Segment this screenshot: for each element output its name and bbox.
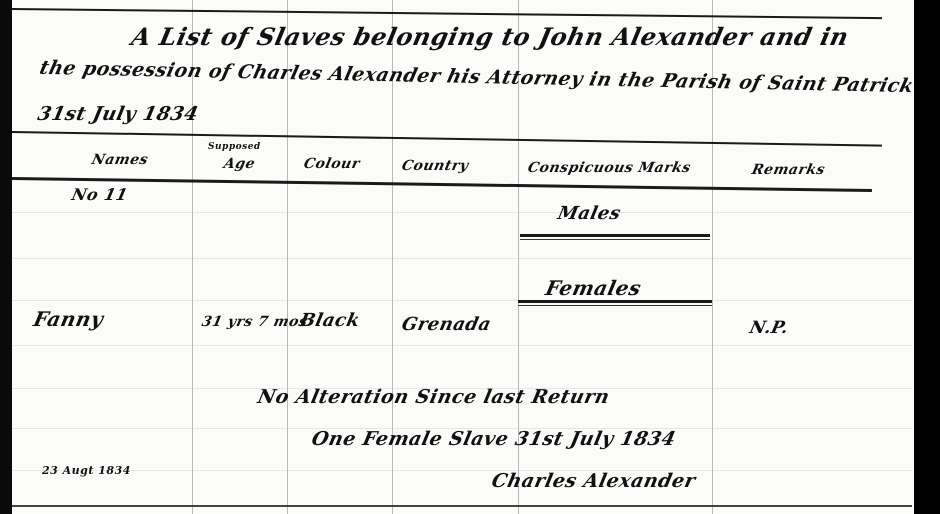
header-conspicuous-marks: Conspicuous Marks	[526, 160, 692, 176]
cell-country: Grenada	[400, 314, 493, 335]
header-age: Age	[222, 156, 256, 172]
header-rule	[12, 177, 872, 192]
title-rule	[12, 131, 882, 147]
note-no-alteration: No Alteration Since last Return	[256, 386, 612, 408]
header-remarks: Remarks	[750, 162, 826, 178]
cell-colour: Black	[298, 310, 362, 331]
note-count: One Female Slave 31st July 1834	[310, 428, 678, 450]
cell-age: 31 yrs 7 mos	[200, 314, 309, 330]
filing-date: 23 Augt 1834	[42, 464, 131, 477]
entry-number: No 11	[70, 185, 130, 204]
document-subtitle: the possession of Charles Alexander his …	[37, 57, 915, 97]
males-double-rule	[520, 234, 710, 240]
header-colour: Colour	[302, 156, 361, 172]
header-country: Country	[400, 158, 470, 174]
document-title: A List of Slaves belonging to John Alexa…	[129, 22, 852, 51]
ruled-line	[12, 258, 912, 259]
ruled-line	[12, 300, 912, 301]
ruled-line	[12, 345, 912, 346]
section-males: Males	[556, 203, 623, 224]
bottom-rule	[12, 505, 912, 507]
register-page: A List of Slaves belonging to John Alexa…	[12, 0, 916, 514]
header-age-top: Supposed	[208, 142, 261, 152]
scan-right-edge	[914, 0, 940, 514]
ruled-line	[12, 470, 912, 471]
top-rule	[12, 8, 882, 19]
cell-name: Fanny	[31, 307, 105, 331]
ruled-line	[12, 212, 912, 213]
females-double-rule	[518, 300, 712, 306]
scan-left-edge	[0, 0, 12, 514]
document-date: 31st July 1834	[36, 103, 201, 125]
cell-remarks: N.P.	[748, 318, 791, 338]
section-females: Females	[543, 276, 643, 300]
signature: Charles Alexander	[490, 470, 698, 492]
header-names: Names	[90, 152, 149, 168]
